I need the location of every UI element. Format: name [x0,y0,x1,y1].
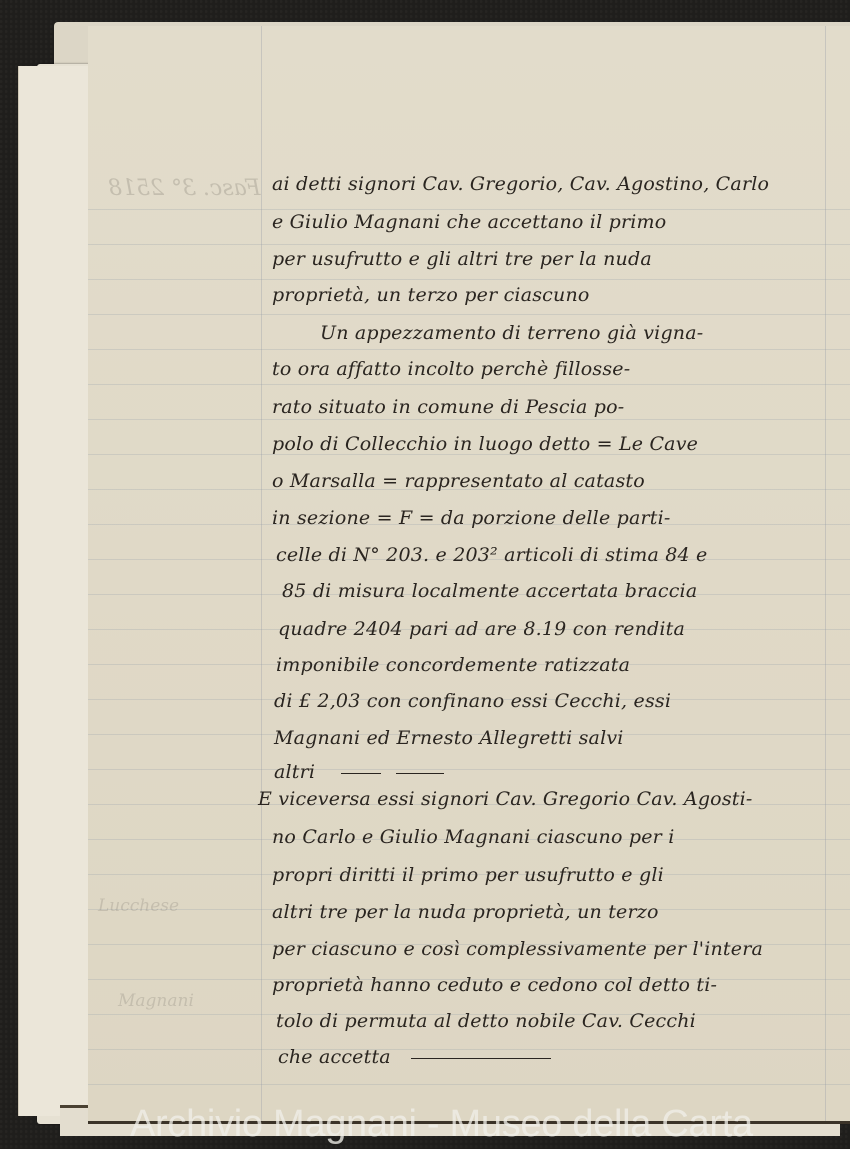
text-line: celle di N° 203. e 203² articoli di stim… [276,544,708,566]
bleed-through-mark: Magnani [118,991,194,1011]
left-margin-rule [261,26,262,1121]
text-line: E viceversa essi signori Cav. Gregorio C… [258,788,753,810]
folded-sheet-edge [18,66,91,1116]
text-line: di £ 2,03 con confinano essi Cecchi, ess… [274,690,671,712]
line-filler-dash [341,773,381,774]
text-line: proprietà, un terzo per ciascuno [272,284,590,306]
text-line: proprietà hanno ceduto e cedono col dett… [272,974,717,996]
text-line: altri tre per la nuda proprietà, un terz… [272,901,659,923]
text-line: altri [274,761,444,783]
text-line: che accetta [278,1046,551,1068]
text-line: 85 di misura localmente accertata bracci… [282,580,697,602]
text-line: tolo di permuta al detto nobile Cav. Cec… [276,1010,696,1032]
text-fragment: che accetta [278,1046,391,1068]
text-line: Un appezzamento di terreno già vigna- [320,322,703,344]
text-line: to ora affatto incolto perchè fillosse- [272,358,630,380]
text-line: ai detti signori Cav. Gregorio, Cav. Ago… [272,173,769,195]
text-line: in sezione = F = da porzione delle parti… [272,507,671,529]
text-line: quadre 2404 pari ad are 8.19 con rendita [278,618,685,640]
text-line: per ciascuno e così complessivamente per… [272,938,763,960]
text-line: per usufrutto e gli altri tre per la nud… [272,248,652,270]
text-line: o Marsalla = rappresentato al catasto [272,470,645,492]
right-margin-rule [825,26,826,1121]
text-line: polo di Collecchio in luogo detto = Le C… [272,433,698,455]
text-fragment: altri [274,761,315,783]
margin-bleed-through-note: Fasc. 3° 2518 [108,176,260,201]
line-filler-dash [411,1058,551,1059]
bleed-through-mark: Lucchese [98,896,179,916]
text-line: propri diritti il primo per usufrutto e … [272,864,664,886]
line-filler-dash [396,773,444,774]
document-page: Fasc. 3° 2518 Lucchese Magnani ai detti … [88,26,850,1124]
archive-watermark: Archivio Magnani - Museo della Carta [130,1103,753,1146]
text-line: rato situato in comune di Pescia po- [272,396,624,418]
text-line: Magnani ed Ernesto Allegretti salvi [274,727,624,749]
text-line: e Giulio Magnani che accettano il primo [272,211,666,233]
text-line: no Carlo e Giulio Magnani ciascuno per i [272,826,674,848]
text-line: imponibile concordemente ratizzata [276,654,630,676]
